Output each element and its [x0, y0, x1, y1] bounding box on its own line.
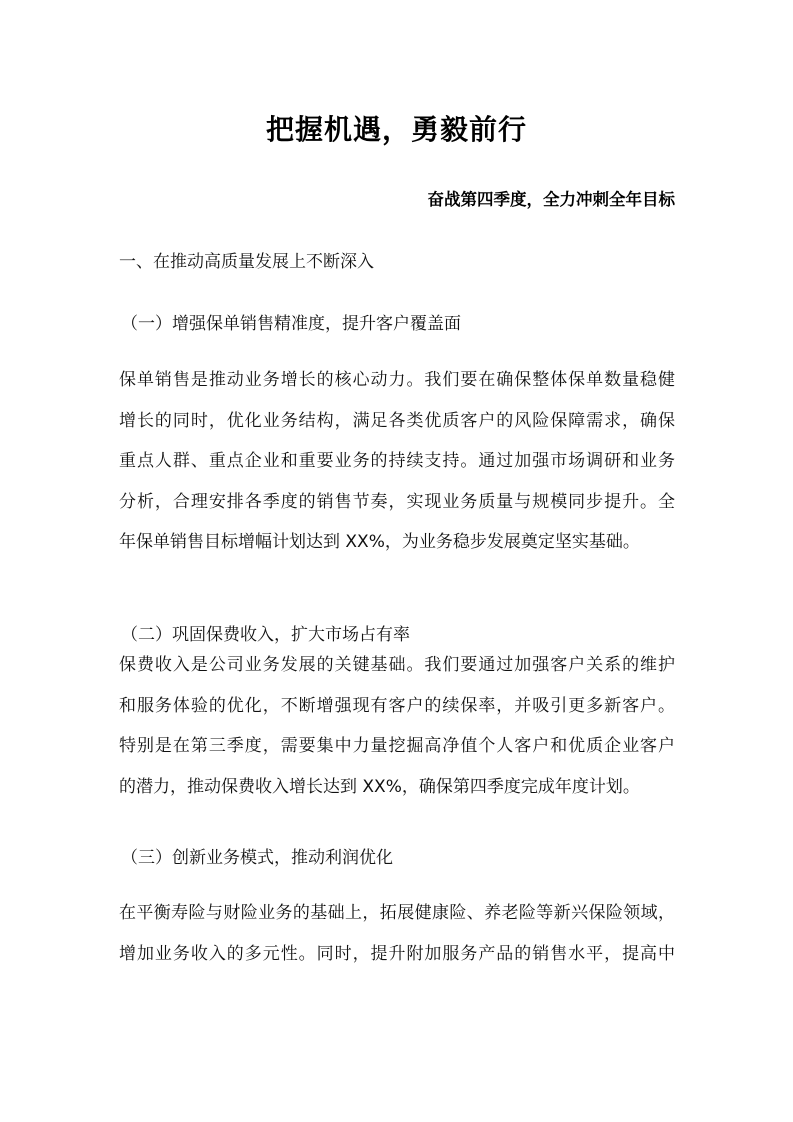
subsection-1-heading: （一）增强保单销售精准度，提升客户覆盖面	[121, 309, 461, 334]
paragraph-line: 和服务体验的优化，不断增强现有客户的续保率，并吸引更多新客户。	[119, 686, 675, 727]
subsection-2-heading: （二）巩固保费收入，扩大市场占有率	[121, 620, 410, 645]
document-subtitle: 奋战第四季度，全力冲刺全年目标	[428, 186, 676, 210]
paragraph-line: 年保单销售目标增幅计划达到 XX%，为业务稳步发展奠定坚实基础。	[119, 522, 675, 563]
document-title: 把握机遇，勇毅前行	[0, 108, 793, 148]
document-page: 把握机遇，勇毅前行 奋战第四季度，全力冲刺全年目标 一、在推动高质量发展上不断深…	[0, 0, 793, 1122]
paragraph-line: 重点人群、重点企业和重要业务的持续支持。通过加强市场调研和业务	[119, 441, 675, 482]
paragraph-line: 的潜力，推动保费收入增长达到 XX%，确保第四季度完成年度计划。	[119, 767, 675, 808]
paragraph-line: 特别是在第三季度，需要集中力量挖掘高净值个人客户和优质企业客户	[119, 726, 675, 767]
paragraph-line: 分析，合理安排各季度的销售节奏，实现业务质量与规模同步提升。全	[119, 482, 675, 523]
paragraph-line: 保单销售是推动业务增长的核心动力。我们要在确保整体保单数量稳健	[119, 360, 675, 401]
subsection-1-paragraph: 保单销售是推动业务增长的核心动力。我们要在确保整体保单数量稳健 增长的同时，优化…	[119, 360, 675, 563]
paragraph-line: 在平衡寿险与财险业务的基础上，拓展健康险、养老险等新兴保险领域，	[119, 893, 675, 934]
paragraph-line: 保费收入是公司业务发展的关键基础。我们要通过加强客户关系的维护	[119, 645, 675, 686]
subsection-3-paragraph: 在平衡寿险与财险业务的基础上，拓展健康险、养老险等新兴保险领域， 增加业务收入的…	[119, 893, 675, 974]
paragraph-line: 增加业务收入的多元性。同时，提升附加服务产品的销售水平，提高中	[119, 934, 675, 975]
subsection-3-heading: （三）创新业务模式，推动利润优化	[121, 843, 393, 868]
subsection-2-paragraph: 保费收入是公司业务发展的关键基础。我们要通过加强客户关系的维护 和服务体验的优化…	[119, 645, 675, 807]
section-1-heading: 一、在推动高质量发展上不断深入	[119, 247, 374, 272]
paragraph-line: 增长的同时，优化业务结构，满足各类优质客户的风险保障需求，确保	[119, 401, 675, 442]
